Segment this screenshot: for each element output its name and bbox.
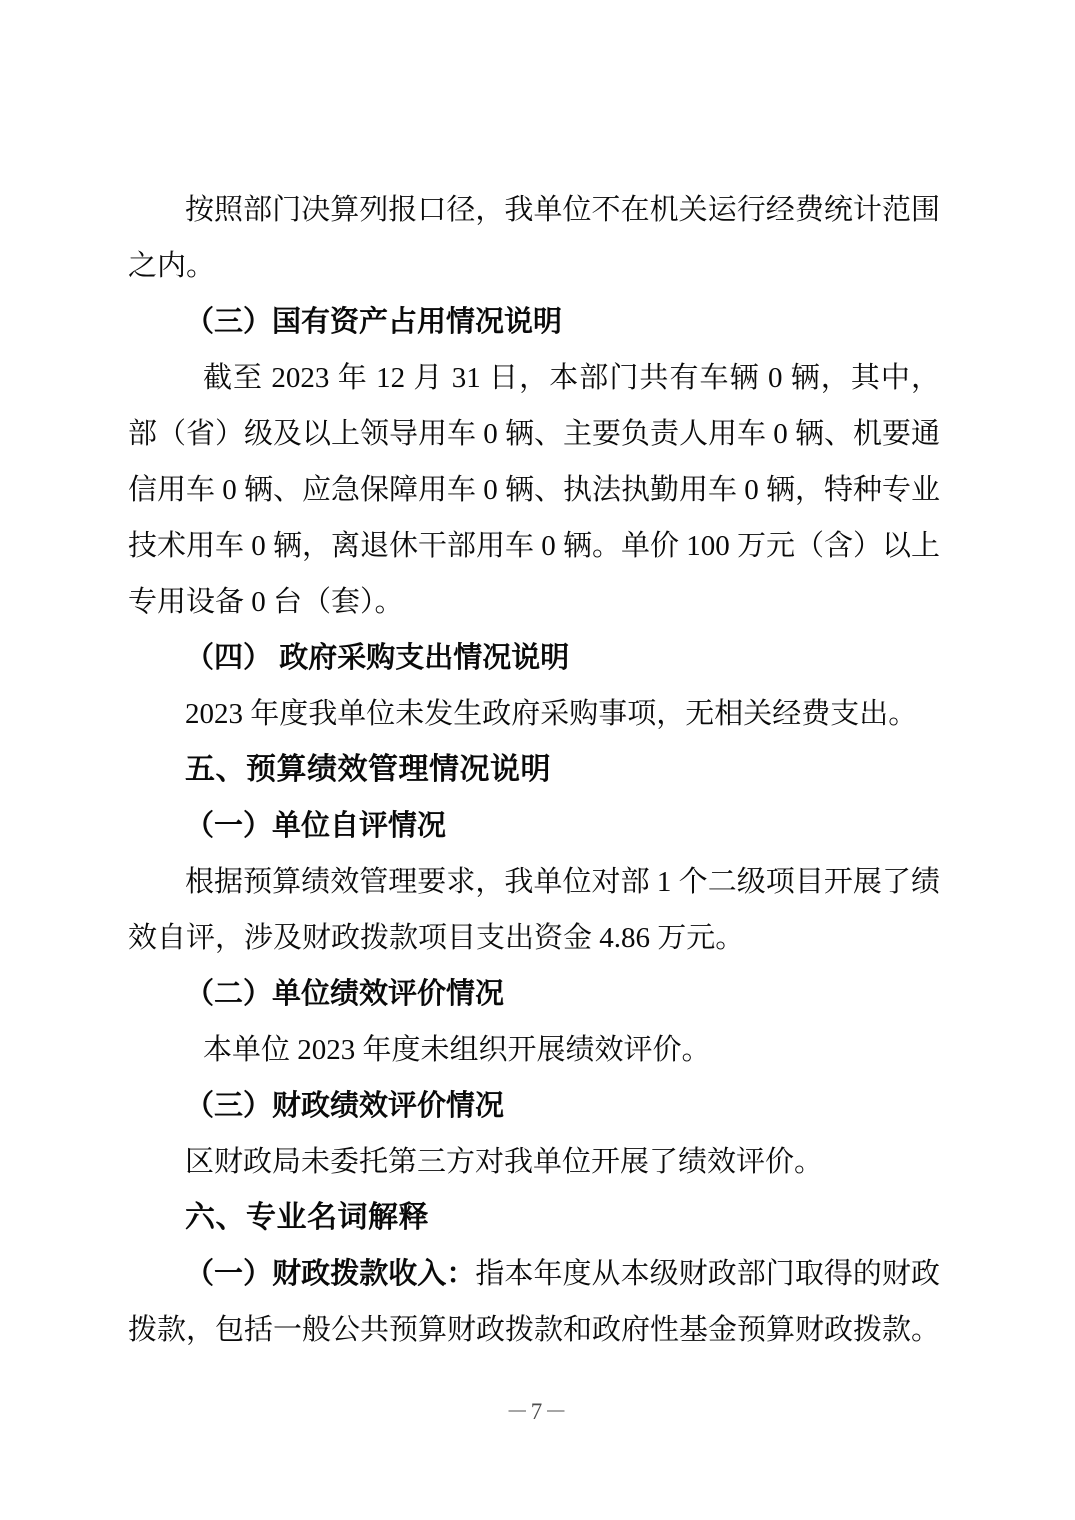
paragraph-line: 部（省）级及以上领导用车 0 辆、主要负责人用车 0 辆、机要通 <box>128 406 940 462</box>
paragraph-line: 专用设备 0 台（套）。 <box>128 574 940 630</box>
paragraph-line: 效自评，涉及财政拨款项目支出资金 4.86 万元。 <box>128 910 940 966</box>
heading-self-eval: （一）单位自评情况 <box>128 798 940 854</box>
section-heading-glossary: 六、专业名词解释 <box>128 1190 940 1246</box>
heading-state-assets: （三）国有资产占用情况说明 <box>128 294 940 350</box>
paragraph-line: 根据预算绩效管理要求，我单位对部 1 个二级项目开展了绩 <box>128 854 940 910</box>
paragraph-line: 区财政局未委托第三方对我单位开展了绩效评价。 <box>128 1134 940 1190</box>
paragraph-line: 2023 年度我单位未发生政府采购事项，无相关经费支出。 <box>128 686 940 742</box>
term-lead: （一）财政拨款收入： <box>185 1258 475 1290</box>
heading-unit-eval: （二）单位绩效评价情况 <box>128 966 940 1022</box>
paragraph-line: 按照部门决算列报口径，我单位不在机关运行经费统计范围 <box>128 182 940 238</box>
paragraph-line: 截至 2023 年 12 月 31 日，本部门共有车辆 0 辆，其中，副 <box>128 350 940 406</box>
term-definition-text: 指本年度从本级财政部门取得的财政 <box>475 1258 940 1290</box>
paragraph-line: 信用车 0 辆、应急保障用车 0 辆、执法执勤用车 0 辆，特种专业 <box>128 462 940 518</box>
document-body: 按照部门决算列报口径，我单位不在机关运行经费统计范围 之内。 （三）国有资产占用… <box>128 182 940 1358</box>
term-definition-line: 拨款，包括一般公共预算财政拨款和政府性基金预算财政拨款。 <box>128 1302 940 1358</box>
section-heading-performance: 五、预算绩效管理情况说明 <box>128 742 940 798</box>
paragraph-line: 技术用车 0 辆，离退休干部用车 0 辆。单价 100 万元（含）以上 <box>128 518 940 574</box>
heading-fiscal-eval: （三）财政绩效评价情况 <box>128 1078 940 1134</box>
paragraph-line: 之内。 <box>128 238 940 294</box>
paragraph-line: 本单位 2023 年度未组织开展绩效评价。 <box>128 1022 940 1078</box>
term-definition-line: （一）财政拨款收入：指本年度从本级财政部门取得的财政 <box>128 1246 940 1302</box>
heading-procurement: （四） 政府采购支出情况说明 <box>128 630 940 686</box>
document-page: 按照部门决算列报口径，我单位不在机关运行经费统计范围 之内。 （三）国有资产占用… <box>0 0 1075 1520</box>
page-number: －7－ <box>0 1393 1075 1426</box>
